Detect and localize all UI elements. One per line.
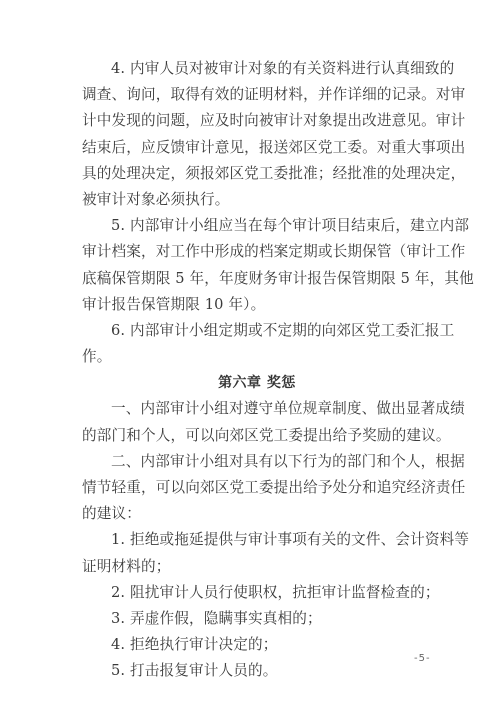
text-line: 具的处理决定，须报郊区党工委批准；经批准的处理决定，: [82, 161, 432, 187]
text-line: 调查、询问，取得有效的证明材料，并作详细的记录。对审: [82, 82, 432, 108]
text-line: 证明材料的；: [82, 554, 432, 580]
page-number: -5-: [414, 653, 431, 664]
text-line: 审计档案，对工作中形成的档案定期或长期保管（审计工作: [82, 239, 432, 265]
chapter-heading: 第六章 奖惩: [82, 370, 432, 396]
text-line: 底稿保管期限 5 年，年度财务审计报告保管期限 5 年，其他: [82, 266, 432, 292]
text-line: 审计报告保管期限 10 年）。: [82, 292, 432, 318]
text-line: 情节轻重，可以向郊区党工委提出给予处分和追究经济责任: [82, 475, 432, 501]
text-line: 的部门和个人，可以向郊区党工委提出给予奖励的建议。: [82, 423, 432, 449]
text-line: 被审计对象必须执行。: [82, 187, 432, 213]
text-line: 二、内部审计小组对具有以下行为的部门和个人，根据: [82, 449, 432, 475]
text-line: 的建议：: [82, 501, 432, 527]
document-page: 4. 内审人员对被审计对象的有关资料进行认真细致的 调查、询问，取得有效的证明材…: [82, 56, 432, 685]
text-line: 4. 拒绝执行审计决定的；: [82, 632, 432, 658]
text-line: 2. 阻扰审计人员行使职权，抗拒审计监督检查的；: [82, 580, 432, 606]
text-line: 1. 拒绝或拖延提供与审计事项有关的文件、会计资料等: [82, 527, 432, 553]
text-line: 结束后，应反馈审计意见，报送郊区党工委。对重大事项出: [82, 135, 432, 161]
text-line: 4. 内审人员对被审计对象的有关资料进行认真细致的: [82, 56, 432, 82]
text-line: 作。: [82, 344, 432, 370]
text-line: 3. 弄虚作假，隐瞒事实真相的；: [82, 606, 432, 632]
text-line: 5. 打击报复审计人员的。: [82, 658, 432, 684]
text-line: 一、内部审计小组对遵守单位规章制度、做出显著成绩: [82, 396, 432, 422]
text-line: 6. 内部审计小组定期或不定期的向郊区党工委汇报工: [82, 318, 432, 344]
text-line: 计中发现的问题，应及时向被审计对象提出改进意见。审计: [82, 108, 432, 134]
text-line: 5. 内部审计小组应当在每个审计项目结束后，建立内部: [82, 213, 432, 239]
